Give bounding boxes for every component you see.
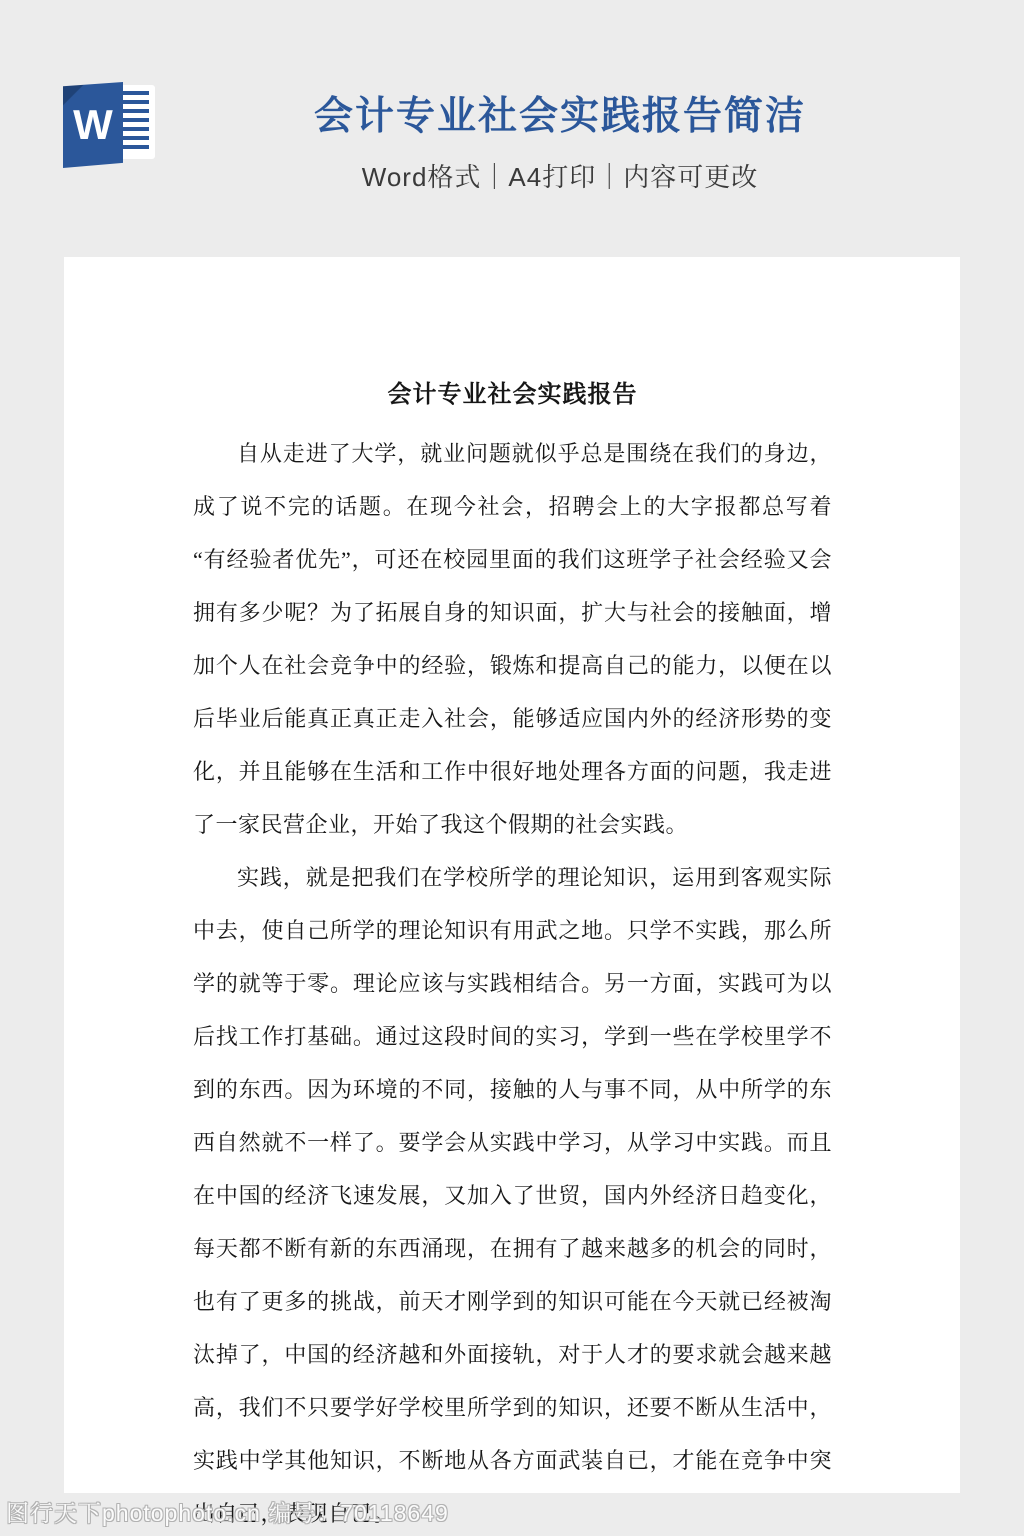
document-paragraph: 自从走进了大学，就业问题就似乎总是围绕在我们的身边，成了说不完的话题。在现今社会… (193, 427, 832, 851)
template-title: 会计专业社会实践报告简洁 (160, 94, 960, 140)
template-subtitle: Word格式｜A4打印｜内容可更改 (160, 157, 960, 194)
header-text-block: 会计专业社会实践报告简洁 Word格式｜A4打印｜内容可更改 (160, 94, 960, 194)
document-paragraph: 实践，就是把我们在学校所学的理论知识，运用到客观实际中去，使自己所学的理论知识有… (193, 851, 832, 1536)
site-watermark: 图行天下photophoto.cn 编号：70118649 (6, 1495, 449, 1528)
word-logo-icon: W (63, 82, 157, 168)
document-content: 会计专业社会实践报告 自从走进了大学，就业问题就似乎总是围绕在我们的身边，成了说… (64, 257, 960, 1536)
word-icon-letter: W (73, 104, 113, 146)
word-icon-cover: W (63, 82, 123, 168)
document-title: 会计专业社会实践报告 (193, 375, 832, 415)
document-page: 会计专业社会实践报告 自从走进了大学，就业问题就似乎总是围绕在我们的身边，成了说… (64, 257, 960, 1493)
page-background: { "header": { "title": "会计专业社会实践报告简洁", "… (0, 0, 1024, 1536)
header: W 会计专业社会实践报告简洁 Word格式｜A4打印｜内容可更改 (0, 0, 1024, 257)
